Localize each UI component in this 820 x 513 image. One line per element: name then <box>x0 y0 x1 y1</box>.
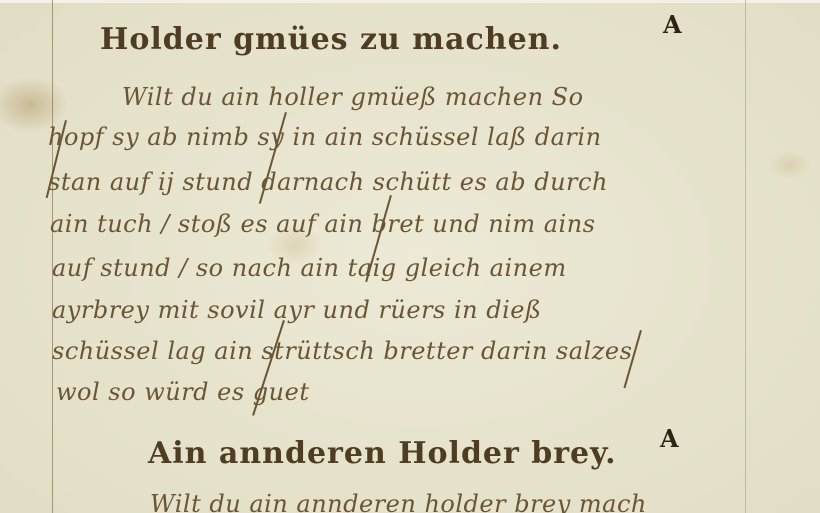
section-marker-1: A <box>663 10 682 39</box>
body-line-3: stan auf ij stund darnach schütt es ab d… <box>48 168 608 196</box>
body-line-6: ayrbrey mit sovil ayr und rüers in dieß <box>52 296 542 324</box>
body-line-5: auf stund / so nach ain taig gleich aine… <box>52 254 567 282</box>
body-line-8: wol so würd es guet <box>56 378 309 406</box>
body-line-9: Wilt du ain annderen holder brey mach <box>150 490 647 513</box>
body-line-1: Wilt du ain holler gmüeß machen So <box>122 83 584 111</box>
body-line-2: hopf sy ab nimb sy in ain schüssel laß d… <box>48 123 602 151</box>
section-heading-1: Holder gmües zu machen. <box>100 22 562 57</box>
section-heading-2: Ain annderen Holder brey. <box>148 436 617 471</box>
manuscript-page: Holder gmües zu machen. A Wilt du ain ho… <box>0 0 820 513</box>
body-line-4: ain tuch / stoß es auf ain bret und nim … <box>50 210 595 238</box>
body-line-7: schüssel lag ain strüttsch bretter darin… <box>52 337 632 365</box>
section-marker-2: A <box>660 424 679 453</box>
right-margin-rule <box>745 0 746 513</box>
page-top-edge <box>0 0 820 3</box>
